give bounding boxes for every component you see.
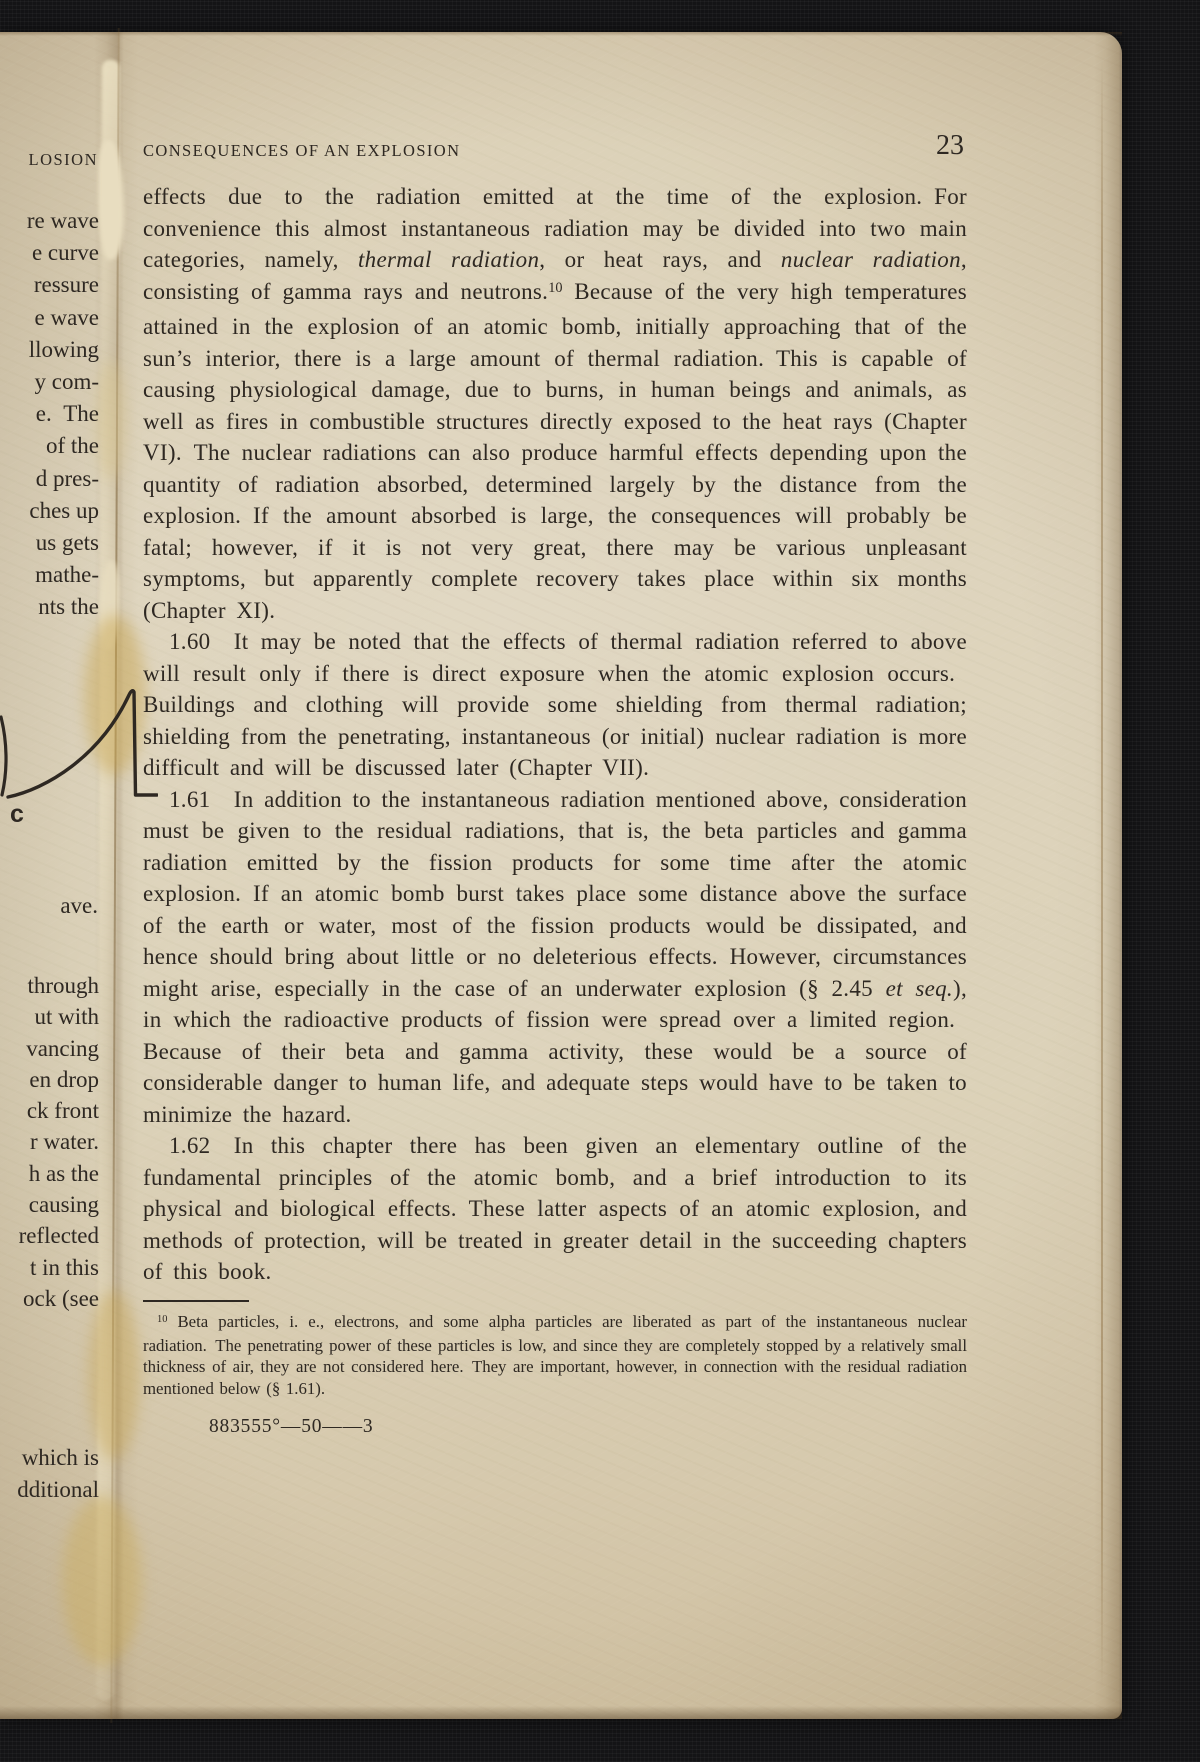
left-page-line-fragment: r water. <box>0 1126 99 1157</box>
left-page-line-fragment: which is <box>0 1442 99 1474</box>
left-page-line-fragment: t in this <box>0 1252 99 1283</box>
left-page-line-fragment: of the <box>0 430 99 462</box>
footnote-rule <box>143 1300 249 1303</box>
italic-text: nuclear radiation <box>781 247 961 272</box>
paragraph-1.62: 1.62 In this chapter there has been give… <box>143 1130 967 1288</box>
figure-label-c: c <box>10 800 24 829</box>
paragraph: effects due to the radiation emitted at … <box>143 181 967 626</box>
text-run: Beta particles, i. e., electrons, and so… <box>143 1312 967 1398</box>
left-page-line-fragment: nts the <box>0 591 99 623</box>
left-page-line-fragment: causing <box>0 1189 99 1220</box>
text-run: Because of the very high temperatures at… <box>143 279 967 623</box>
italic-text: et seq. <box>886 976 953 1001</box>
body-text: effects due to the radiation emitted at … <box>143 181 967 1288</box>
page-top-edge-shading <box>0 32 1122 36</box>
left-page-line-fragment: d pres- <box>0 463 99 495</box>
left-page-line-fragment: h as the <box>0 1158 99 1189</box>
left-page-line-fragment: ut with <box>0 1001 99 1032</box>
paragraph-1.61: 1.61 In addition to the instantaneous ra… <box>143 784 967 1131</box>
left-page-line-fragment: us gets <box>0 527 99 559</box>
page-content: effects due to the radiation emitted at … <box>143 181 967 1438</box>
printer-imprint: 883555°—50——3 <box>209 1416 967 1438</box>
left-page-text-fragments-top: re wavee curveressuree wavellowingy com-… <box>0 205 99 624</box>
left-page-line-fragment: re wave <box>0 205 99 237</box>
page-number: 23 <box>928 130 972 162</box>
photo-background: LOSION re wavee curveressuree wavellowin… <box>0 0 1200 1762</box>
text-run: 1.61 In addition to the instantaneous ra… <box>143 787 967 1001</box>
left-page-line-fragment: ock (see <box>0 1283 99 1314</box>
italic-text: thermal radiation <box>358 247 539 272</box>
footnote: 10 Beta particles, i. e., electrons, and… <box>143 1311 967 1399</box>
left-page-line-fragment: mathe- <box>0 559 99 591</box>
pressure-curve-figure <box>0 683 158 801</box>
left-page-text-fragments-middle: throughut withvancingen dropck frontr wa… <box>0 970 99 1314</box>
left-page-line-fragment: ck front <box>0 1095 99 1126</box>
left-page-line-fragment: ressure <box>0 269 99 301</box>
left-page-line-fragment: e curve <box>0 237 99 269</box>
page-bottom-edge-shading <box>0 1706 1122 1719</box>
left-page-running-header-fragment: LOSION <box>0 150 98 170</box>
figure-caption-fragment: ave. <box>0 893 98 919</box>
left-page-line-fragment: en drop <box>0 1064 99 1095</box>
left-page-line-fragment: llowing <box>0 334 99 366</box>
text-run: 1.62 In this chapter there has been give… <box>143 1133 967 1284</box>
superscript: 10 <box>548 280 562 296</box>
text-run: 1.60 It may be noted that the effects of… <box>143 629 967 780</box>
text-run: , or heat rays, and <box>539 247 781 272</box>
left-page-line-fragment: e wave <box>0 302 99 334</box>
left-page-line-fragment: y com- <box>0 366 99 398</box>
paper-stain <box>96 360 126 480</box>
page-right-edge-shading <box>1094 32 1122 1719</box>
running-header: CONSEQUENCES OF AN EXPLOSION <box>143 141 460 161</box>
paper-stain <box>62 1496 142 1666</box>
left-page-line-fragment: e. The <box>0 398 99 430</box>
left-page-line-fragment: vancing <box>0 1033 99 1064</box>
left-page-line-fragment: through <box>0 970 99 1001</box>
page-stack-line <box>1101 60 1103 1690</box>
left-page-line-fragment: ches up <box>0 495 99 527</box>
paper-stain <box>88 1290 140 1460</box>
paragraph-1.60: 1.60 It may be noted that the effects of… <box>143 626 967 784</box>
superscript: 10 <box>157 1314 167 1325</box>
left-page-line-fragment: dditional <box>0 1474 99 1506</box>
left-page-text-fragments-bottom: which isdditional <box>0 1442 99 1505</box>
left-page-line-fragment: reflected <box>0 1220 99 1251</box>
